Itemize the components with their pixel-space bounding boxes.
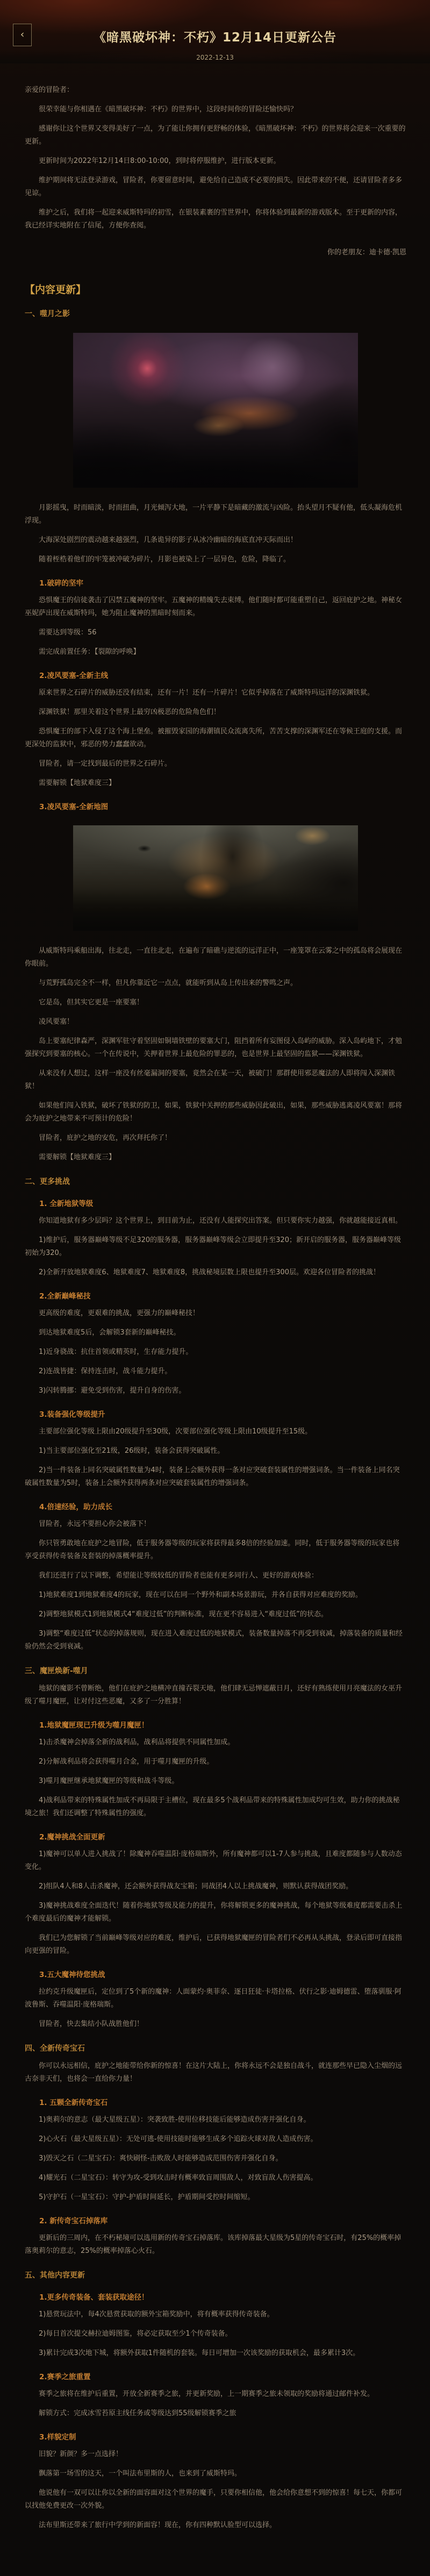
paragraph: 3)闪转腾挪：避免受到伤害，提升自身的伤害。 (25, 1385, 406, 1397)
paragraph: 1)近身骁战：抗住首领或精英时，生存能力提升。 (25, 1346, 406, 1359)
paragraph: 1)魔神可以单人进入挑战了！除魔神吞噬温阳·庞格瑞斯外，所有魔神都可以1-7人参… (25, 1848, 406, 1874)
paragraph: 1)地狱难度1到地狱难度4的玩家，现在可以在同一个野外和副本场景游玩，并各自获得… (25, 1589, 406, 1602)
paragraph: 冒险者，庇护之地的安危，再次拜托你了！ (25, 1132, 406, 1145)
content-update-heading: 【内容更新】 (25, 282, 406, 296)
subsection-title: 1.破碎的坚牢 (25, 577, 406, 588)
section-title: 三、魔匣焕新-噬月 (25, 1665, 406, 1676)
subsection-title: 3.凌风要塞-全新地图 (25, 801, 406, 811)
section-title: 五、其他内容更新 (25, 2270, 406, 2280)
paragraph: 旧貌？新颜？多一点选择！ (25, 2448, 406, 2461)
paragraph: 4)耀光石（二星宝石）：转守为攻-受到攻击时有概率致盲周围敌人，对致盲敌人伤害提… (25, 2172, 406, 2185)
paragraph: 深渊铁狱！那里关着这个世界上最穷凶极恶的危险角色们！ (25, 706, 406, 719)
paragraph: 拉约克升级魔匣后，定位到了5个新的魔神：人面蒙灼·奥菲奈、逐日狂徒·卡塔拉格、伏… (25, 1986, 406, 2011)
letter-paragraph: 很荣幸能与你相遇在《暗黑破坏神：不朽》的世界中，这段时间你的冒险还愉快吗？ (25, 103, 406, 116)
chevron-left-icon: ‹ (20, 28, 25, 40)
paragraph: 3)调整“难度过低”状态的掉落规则，现在进入难度过低的地狱模式，装备数量掉落不再… (25, 1628, 406, 1653)
subsection-title: 2.凌风要塞-全新主线 (25, 669, 406, 680)
paragraph: 随着桎梏着他们的牢笼被冲破为碎片，月影也被染上了一层异色，危险，降临了。 (25, 553, 406, 566)
paragraph: 地狱的魔影不曾断绝，他们在庇护之地横冲直撞吞裂天地，他们肆无忌惮遮蔽日月，还好有… (25, 1682, 406, 1708)
paragraph: 解锁方式：完成冰雪苔原主线任务或等级达到55级解锁赛季之旅 (25, 2407, 406, 2420)
paragraph: 更高级的难度，更艰难的挑战，更强力的巅峰秘技！ (25, 1307, 406, 1320)
paragraph: 我们还进行了以下调整，希望能让等级较低的冒险者也能有更多同行人、更好的游戏体验： (25, 1569, 406, 1582)
publish-date: 2022-12-13 (0, 54, 430, 61)
paragraph: 赛季之旅将在维护后重置，开放全新赛季之旅，并更新奖励，上一期赛季之旅未领取的奖励… (25, 2388, 406, 2401)
paragraph: 3)毁灭之石（二星宝石）：爽快刷怪-击败敌人时能够造成范围伤害并强化自身。 (25, 2152, 406, 2165)
content-section: 三、魔匣焕新-噬月地狱的魔影不曾断绝，他们在庇护之地横冲直撞吞裂天地，他们肆无忌… (25, 1665, 406, 2031)
paragraph: 飘落第一场雪的这天，一个叫法布里斯的人，也来到了威斯特玛。 (25, 2467, 406, 2480)
paragraph: 岛上要塞纪律森严，深渊军驻守着坚固如铜墙铁壁的要塞大门，阻挡着所有妄图侵入岛屿的… (25, 1035, 406, 1061)
paragraph: 1)维护后，服务器巅峰等级不足320的服务器，服务器巅峰等级会立即提升至320；… (25, 1234, 406, 1260)
paragraph: 需要解锁【地狱难度三】 (25, 777, 406, 790)
subsection-title: 1. 五颗全新传奇宝石 (25, 2096, 406, 2107)
letter-salutation: 亲爱的冒险者： (25, 84, 406, 97)
paragraph: 1)悬赏玩法中，每4次悬赏获取的额外宝箱奖励中，将有概率获得传奇装备。 (25, 2308, 406, 2321)
content-section: 五、其他内容更新1.更多传奇装备、套装获取途径！1)悬赏玩法中，每4次悬赏获取的… (25, 2270, 406, 2532)
paragraph: 从来没有人想过，这样一座没有丝毫漏洞的要塞，竟然会在某一天，被破门！那群使用邪恶… (25, 1067, 406, 1093)
subsection-title: 1. 全新地狱等级 (25, 1197, 406, 1208)
announcement-body: 亲爱的冒险者： 很荣幸能与你相遇在《暗黑破坏神：不朽》的世界中，这段时间你的冒险… (0, 63, 430, 2576)
paragraph: 到达地狱难度5后，会解锁3套新的巅峰秘技。 (25, 1326, 406, 1339)
content-section: 四、全新传奇宝石你可以永远相信，庇护之地能带给你新的惊喜！在这片大陆上，你将永远… (25, 2043, 406, 2258)
content-section: 二、更多挑战1. 全新地狱等级你知道地狱有多少层吗？这个世界上，到目前为止，还没… (25, 1176, 406, 1653)
paragraph: 与荒野孤岛完全不一样，但凡你靠近它一点点，就能听到从岛上传出来的警鸣之声。 (25, 977, 406, 990)
paragraph: 它是岛，但其实它更是一座要塞！ (25, 996, 406, 1009)
paragraph: 2)心火石（最大星级五星）：无处可逃-使用技能时能够生成多个追踪火球对敌人造成伤… (25, 2133, 406, 2146)
paragraph: 2)全新开放地狱难度6、地狱难度7、地狱难度8，挑战秘境层数上限也提升至300层… (25, 1266, 406, 1279)
letter-paragraph: 感谢你让这个世界又变得美好了一点，为了能让你拥有更舒畅的体验，《暗黑破坏神：不朽… (25, 123, 406, 148)
paragraph: 凌风要塞！ (25, 1016, 406, 1029)
paragraph: 需要解锁【地狱难度三】 (25, 1151, 406, 1164)
section-title: 一、噬月之影 (25, 308, 406, 319)
paragraph: 4)战利品带来的特殊属性加成不再局限于主槽位，现在最多5个战利品带来的特殊属性加… (25, 1794, 406, 1820)
paragraph: 需完成前置任务：【裂隙的呼唤】 (25, 646, 406, 659)
paragraph: 3)噬月魔匣继承地狱魔匣的等级和战斗等级。 (25, 1775, 406, 1788)
page-title: 《暗黑破坏神：不朽》12月14日更新公告 (0, 8, 430, 45)
paragraph: 冒险者，快去集结小队战胜他们！ (25, 2018, 406, 2031)
paragraph: 如果他们闯入铁狱，破坏了铁狱的防卫，如果，铁狱中关押的那些威胁因此破出，如果，那… (25, 1100, 406, 1125)
letter-paragraph: 维护之后，我们将一起迎来威斯特玛的初雪，在银装素裹的雪世界中，你将体验到最新的游… (25, 206, 406, 232)
letter-paragraph: 更新时间为2022年12月14日8:00-10:00，到时将停服维护，进行版本更… (25, 155, 406, 168)
artwork-moon-image (73, 333, 358, 488)
paragraph: 恐惧魔王的信徒袭击了囚禁五魔神的坚牢。五魔神的精魄失去束缚。他们随时都可能重塑自… (25, 594, 406, 620)
section-title: 四、全新传奇宝石 (25, 2043, 406, 2053)
paragraph: 1)当主要部位强化至21级，26级时，装备会获得突破属性。 (25, 1445, 406, 1458)
paragraph: 3)魔神挑战难度全面迭代！随着你地狱等级及能力的提升，你将解锁更多的魔神挑战，每… (25, 1900, 406, 1925)
paragraph: 冒险者，永远不要担心你会被落下！ (25, 1518, 406, 1531)
subsection-title: 3.五大魔神待您挑战 (25, 1968, 406, 1979)
paragraph: 大海深处剧烈的震动越来越强烈，几条诡异的影子从冰冷幽暗的海底直冲天际而出！ (25, 534, 406, 547)
paragraph: 主要部位强化等级上限由20级提升至30级，次要部位强化等级上限由10级提升至15… (25, 1425, 406, 1438)
hero-banner: ‹ 《暗黑破坏神：不朽》12月14日更新公告 2022-12-13 (0, 0, 430, 63)
paragraph: 5)守护石（一星宝石）：守护-护盾时间延长，护盾期间受控时间缩短。 (25, 2191, 406, 2204)
paragraph: 3)累计完成3次地下城，将额外获取1件随机的套装。每日可增加一次该奖励的获取机会… (25, 2347, 406, 2360)
letter-section: 亲爱的冒险者： 很荣幸能与你相遇在《暗黑破坏神：不朽》的世界中，这段时间你的冒险… (25, 84, 406, 259)
subsection-title: 3.样貌定制 (25, 2431, 406, 2442)
paragraph: 1)奥莉尔的意志（最大星级五星）：突袭致胜-使用位移技能后能够造成伤害并强化自身… (25, 2114, 406, 2127)
update-sections: 一、噬月之影月影摇曳，时而暗淡，时而扭曲，月光倾泻大地，一片平静下是暗藏的激流与… (25, 308, 406, 2532)
subsection-title: 3.装备强化等级提升 (25, 1408, 406, 1419)
paragraph: 法布里斯还带来了旅行中学到的新面容！现在，你有四种默认脸型可以选择。 (25, 2519, 406, 2532)
subsection-title: 4.倍速经验，助力成长 (25, 1501, 406, 1511)
paragraph: 2)分解战利品将会获得噬月合金，用于噬月魔匣的升级。 (25, 1756, 406, 1768)
subsection-title: 1.地狱魔匣现已升级为噬月魔匣！ (25, 1719, 406, 1730)
paragraph: 你可以永远相信，庇护之地能带给你新的惊喜！在这片大陆上，你将永远不会是独自战斗，… (25, 2060, 406, 2086)
paragraph: 他说他有一双可以让你以全新的面容面对这个世界的魔手，只要你相信他，他会给你意想不… (25, 2487, 406, 2513)
paragraph: 你只管勇敢地在庇护之地冒险，低于服务器等级的玩家将获得最多8倍的经验加速。同时，… (25, 1537, 406, 1563)
paragraph: 月影摇曳，时而暗淡，时而扭曲，月光倾泻大地，一片平静下是暗藏的激流与凶险。抬头望… (25, 502, 406, 527)
letter-paragraph: 维护期间将无法登录游戏，冒险者，你要留意时间，避免给自己造成不必要的损失。因此带… (25, 174, 406, 200)
letter-signature: 你的老朋友：迪卡德·凯恩 (25, 246, 406, 259)
content-section: 一、噬月之影月影摇曳，时而暗淡，时而扭曲，月光倾泻大地，一片平静下是暗藏的激流与… (25, 308, 406, 1164)
paragraph: 更新后的三周内，在不朽秘境可以选用新的传奇宝石掉落库。该库掉落最大星级为5星的传… (25, 2232, 406, 2258)
paragraph: 从威斯特玛乘船出海，往北走，一直往北走，在遍布了暗礁与逆流的远洋正中，一座笼罩在… (25, 945, 406, 971)
subsection-title: 2.全新巅峰秘技 (25, 1290, 406, 1301)
back-button[interactable]: ‹ (13, 24, 32, 46)
subsection-title: 2.赛季之旅重置 (25, 2371, 406, 2381)
artwork-fortress-image (73, 825, 358, 931)
paragraph: 你知道地狱有多少层吗？这个世界上，到目前为止，还没有人能探究出答案。但只要你实力… (25, 1215, 406, 1228)
paragraph: 2)当一件装备上同名突破属性数量为4时，装备上会额外获得一条对应突破套装属性的增… (25, 1464, 406, 1490)
paragraph: 1)击杀魔神会掉落全新的战利品，战利品将提供不同属性加成。 (25, 1736, 406, 1749)
paragraph: 恐惧魔王的部下入侵了这个海上堡垒。被摧毁家园的海潮镇民众流离失所，苦苦支撑的深渊… (25, 725, 406, 751)
paragraph: 原来世界之石碎片的威胁还没有结束，还有一片！还有一片碎片！它似乎掉落在了威斯特玛… (25, 687, 406, 700)
paragraph: 2)组队4人和8人击杀魔神，还会额外获得战友宝箱；同战团4人以上挑战魔神，则默认… (25, 1880, 406, 1893)
paragraph: 2)连战皆捷：保持连击时，战斗能力提升。 (25, 1365, 406, 1378)
paragraph: 2)调整地狱模式1到地狱模式4“难度过低”的判断标准，现在更不容易进入“难度过低… (25, 1608, 406, 1621)
section-title: 二、更多挑战 (25, 1176, 406, 1187)
subsection-title: 2. 新传奇宝石掉落库 (25, 2215, 406, 2225)
subsection-title: 1.更多传奇装备、套装获取途径！ (25, 2291, 406, 2302)
paragraph: 需要达到等级：56 (25, 626, 406, 639)
paragraph: 我们已为您解锁了当前巅峰等级对应的难度，维护后，已获得地狱魔匣的冒险者们不必再从… (25, 1932, 406, 1958)
subsection-title: 2.魔神挑战全面更新 (25, 1831, 406, 1842)
paragraph: 冒险者，请一定找到最后的世界之石碎片。 (25, 758, 406, 770)
paragraph: 2)每日首次提交赫拉迪姆图鉴，将必定获取至少1个传奇装备。 (25, 2328, 406, 2340)
